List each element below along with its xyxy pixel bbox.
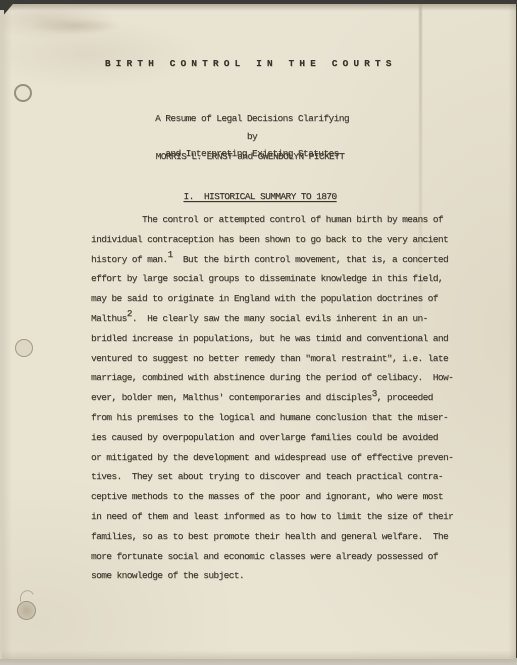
- body-line: may be said to originate in England with…: [91, 289, 453, 309]
- body-line: ies caused by overpopulation and overlar…: [91, 428, 453, 448]
- body-line: tives. They set about trying to discover…: [91, 467, 453, 487]
- body-line: ventured to suggest no better remedy tha…: [91, 349, 453, 369]
- punch-hole-middle: [15, 339, 33, 357]
- authors-line: MORRIS L. ERNST and GWENDOLYN PICKETT: [2, 151, 498, 162]
- body-line: some knowledge of the subject.: [91, 566, 453, 586]
- body-line: history of man.1 But the birth control m…: [91, 250, 453, 270]
- body-line: ever, bolder men, Malthus' contemporarie…: [91, 388, 453, 408]
- body-line: ceptive methods to the masses of the poo…: [91, 487, 453, 507]
- body-line: Malthus2. He clearly saw the many social…: [91, 309, 453, 329]
- punch-hole-bottom: [17, 601, 36, 620]
- body-line: effort by large social groups to dissemi…: [91, 269, 453, 289]
- scuff-mark: [30, 18, 120, 34]
- footnote-marker: 1: [168, 249, 173, 260]
- footnote-marker: 3: [372, 388, 377, 399]
- body-line: or mitigated by the development and wide…: [91, 448, 453, 468]
- body-line: marriage, combined with abstinence durin…: [91, 368, 453, 388]
- footnote-marker: 2: [127, 308, 132, 319]
- byline: by: [2, 131, 502, 142]
- body-text: The control or attempted control of huma…: [91, 210, 453, 586]
- underlying-page-edge-bottom: [0, 658, 517, 665]
- body-line: The control or attempted control of huma…: [91, 210, 453, 230]
- body-line: from his premises to the logical and hum…: [91, 408, 453, 428]
- document-page: B I R T H C O N T R O L I N T H E C O U …: [2, 4, 516, 659]
- body-line: families, so as to best promote their he…: [91, 527, 453, 547]
- body-line: in need of them and least informed as to…: [91, 507, 453, 527]
- body-line: individual contraception has been shown …: [91, 230, 453, 250]
- subtitle-line-1: A Resume of Legal Decisions Clarifying: [2, 113, 502, 125]
- section-heading: I. HISTORICAL SUMMARY TO 1870: [2, 191, 517, 202]
- scanned-page-background: { "document": { "title": "B I R T H C O …: [0, 0, 517, 665]
- document-title: B I R T H C O N T R O L I N T H E C O U …: [2, 58, 494, 69]
- body-line: bridled increase in populations, but he …: [91, 329, 453, 349]
- body-line: more fortunate social and economic class…: [91, 547, 453, 567]
